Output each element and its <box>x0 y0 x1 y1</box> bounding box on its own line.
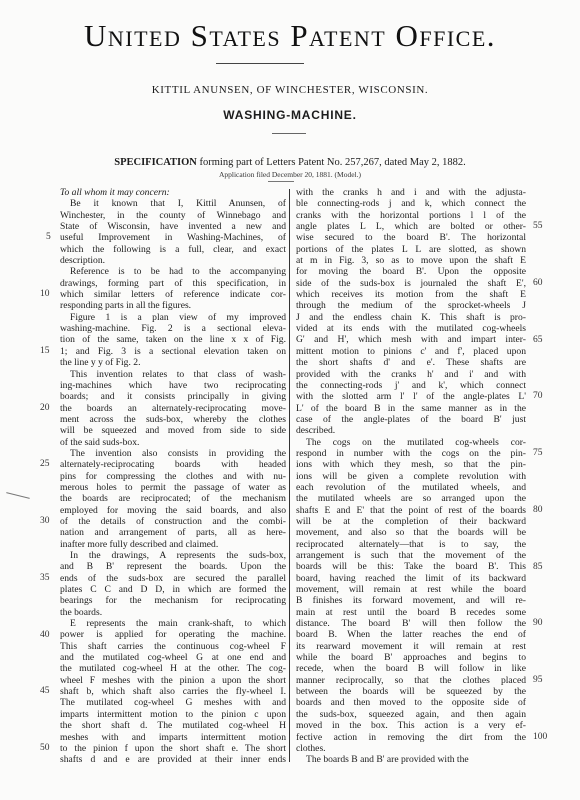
text-line: This shaft carries the continuous cog-wh… <box>60 641 286 652</box>
left-line-number: 5 <box>46 232 51 242</box>
text-line: description. <box>60 255 286 266</box>
text-line: will be at the completion of their backw… <box>296 516 526 527</box>
text-line: which similar letters of reference indic… <box>60 289 286 300</box>
text-line: nation and arrangement of parts, all as … <box>60 527 286 538</box>
text-line: ment across the suds-box, whereby the cl… <box>60 414 286 425</box>
text-line: boards and then moved to the opposite si… <box>296 697 526 708</box>
left-line-number: 15 <box>40 346 50 356</box>
text-line: vided at its ends with the mutilated cog… <box>296 323 526 334</box>
invention-rule <box>272 133 306 134</box>
text-line: In the drawings, A represents the suds-b… <box>60 550 286 561</box>
text-line: Be it known that I, Kittil Anunsen, of <box>60 198 286 209</box>
text-line: cranks with the horizontal portions l l … <box>296 210 526 221</box>
text-line: with the cranks h and i and with the adj… <box>296 187 526 198</box>
text-line: respond in number with the cogs on the p… <box>296 448 526 459</box>
text-line: meshes with and imparts intermittent mot… <box>60 732 286 743</box>
text-line: Winchester, in the county of Winnebago a… <box>60 210 286 221</box>
right-line-number: 100 <box>533 732 547 742</box>
text-line: the boards an alternately-reciprocating … <box>60 403 286 414</box>
text-line: imparts intermittent motion to the pinio… <box>60 709 286 720</box>
text-line: State of Wisconsin, have invented a new … <box>60 221 286 232</box>
text-line: boards; and it consists principally in g… <box>60 391 286 402</box>
text-line: moved in the box. This action is a very … <box>296 720 526 731</box>
text-line: while the board B' approaches and begins… <box>296 652 526 663</box>
right-line-number: 65 <box>533 335 543 345</box>
text-line: washing-machine. Fig. 2 is a sectional e… <box>60 323 286 334</box>
text-line: mittent motion to pinions c' and f', pla… <box>296 346 526 357</box>
text-line: between the boards will be squeezed by t… <box>296 686 526 697</box>
text-line: tion of the same, taken on the line x x … <box>60 334 286 345</box>
text-line: ble connecting-rods j and k, which conne… <box>296 198 526 209</box>
right-line-number: 70 <box>533 391 543 401</box>
text-line: Figure 1 is a plan view of my improved <box>60 312 286 323</box>
text-line: the suds-box, squeezed again, and then a… <box>296 709 526 720</box>
text-line: distance. The board B' will then follow … <box>296 618 526 629</box>
text-line: recede, when the board B will follow in … <box>296 663 526 674</box>
text-line: shaft b, which shaft also carries the fl… <box>60 686 286 697</box>
title-rule <box>216 63 304 64</box>
text-line: main at rest until the board B recedes s… <box>296 607 526 618</box>
specification-label: SPECIFICATION <box>114 157 197 168</box>
text-line: shafts E and E' that the point of rest o… <box>296 505 526 516</box>
text-line: will be squeezed and moved from side to … <box>60 425 286 436</box>
right-line-number: 75 <box>533 448 543 458</box>
application-line: Application filed December 20, 1881. (Mo… <box>0 170 580 179</box>
text-line: pins for compressing the clothes and wit… <box>60 471 286 482</box>
application-rule <box>268 181 294 182</box>
text-line: ing-machines which have two reciprocatin… <box>60 380 286 391</box>
text-line: through the medium of the sprocket-wheel… <box>296 300 526 311</box>
text-line: board, having reached the limit of its b… <box>296 573 526 584</box>
right-line-number: 60 <box>533 278 543 288</box>
text-line: L' of the board B in the same manner as … <box>296 403 526 414</box>
left-line-number: 10 <box>40 289 50 299</box>
text-line: power is applied for operating the machi… <box>60 629 286 640</box>
text-line: B finishes its forward movement, and wil… <box>296 595 526 606</box>
text-line: drawings, forming part of this specifica… <box>60 278 286 289</box>
right-line-number: 85 <box>533 562 543 572</box>
left-column: To all whom it may concern:Be it known t… <box>60 187 286 766</box>
text-line: inafter more fully described and claimed… <box>60 539 286 550</box>
text-line: shafts d and e are provided at their inn… <box>60 754 286 765</box>
text-line: the boards are reciprocated; of the mech… <box>60 493 286 504</box>
text-line: wise secured to the board B'. The horizo… <box>296 232 526 243</box>
text-line: board B. When the latter reaches the end… <box>296 629 526 640</box>
inventor-line: KITTIL ANUNSEN, OF WINCHESTER, WISCONSIN… <box>0 84 580 96</box>
left-line-number: 45 <box>40 686 50 696</box>
text-line: To all whom it may concern: <box>60 187 286 198</box>
text-line: arrangement is such that the movement of… <box>296 550 526 561</box>
text-line: Reference is to be had to the accompanyi… <box>60 266 286 277</box>
left-line-number: 35 <box>40 573 50 583</box>
text-line: movement, and also so that the boards wi… <box>296 527 526 538</box>
text-line: G' and H', which mesh with and impart in… <box>296 334 526 345</box>
text-line: fective action in removing the dirt from… <box>296 732 526 743</box>
left-line-number: 40 <box>40 630 50 640</box>
right-line-number: 90 <box>533 618 543 628</box>
text-line: ions with which they mesh, so that the p… <box>296 459 526 470</box>
text-line: manner reciprocally, so that the clothes… <box>296 675 526 686</box>
text-line: the line y y of Fig. 2. <box>60 357 286 368</box>
text-line: the mutilated cog-wheel H at the other. … <box>60 663 286 674</box>
text-line: The invention also consists in providing… <box>60 448 286 459</box>
text-line: which the following is a full, clear, an… <box>60 244 286 255</box>
text-line: wheel F meshes with the pinion a upon th… <box>60 675 286 686</box>
text-line: J and the endless chain K. This shaft is… <box>296 312 526 323</box>
left-line-number: 25 <box>40 459 50 469</box>
text-line: with the slotted arm l' l' of the angle-… <box>296 391 526 402</box>
text-line: the short shafts d' and e'. These shafts… <box>296 357 526 368</box>
text-line: for moving the board B'. Upon the opposi… <box>296 266 526 277</box>
left-line-number: 30 <box>40 516 50 526</box>
text-line: angle plates L L, which are bolted or ot… <box>296 221 526 232</box>
scan-mark <box>6 492 30 499</box>
text-line: provided with the cranks h' and i' and w… <box>296 369 526 380</box>
text-line: at m in Fig. 3, so as to move upon the s… <box>296 255 526 266</box>
text-line: 1; and Fig. 3 is a sectional elevation t… <box>60 346 286 357</box>
text-line: reciprocated alternately—that is to say,… <box>296 539 526 550</box>
text-line: E represents the main crank-shaft, to wh… <box>60 618 286 629</box>
text-line: bearings for the mechanism for reciproca… <box>60 595 286 606</box>
text-line: The cogs on the mutilated cog-wheels cor… <box>296 437 526 448</box>
text-line: each revolution of the mutilated wheels,… <box>296 482 526 493</box>
right-column: with the cranks h and i and with the adj… <box>296 187 526 766</box>
text-line: the mutilated wheels are so arranged upo… <box>296 493 526 504</box>
right-line-number: 80 <box>533 505 543 515</box>
text-line: ions will be given a complete revolution… <box>296 471 526 482</box>
text-line: which receives its motion from the shaft… <box>296 289 526 300</box>
text-line: responding parts in all the figures. <box>60 300 286 311</box>
text-line: This invention relates to that class of … <box>60 369 286 380</box>
text-line: the boards. <box>60 607 286 618</box>
text-line: and B B' represent the boards. Upon the <box>60 561 286 572</box>
invention-title: WASHING-MACHINE. <box>0 108 580 122</box>
text-line: The boards B and B' are provided with th… <box>296 754 526 765</box>
specification-text: forming part of Letters Patent No. 257,2… <box>200 157 466 168</box>
text-line: the connecting-rods j' and k', which con… <box>296 380 526 391</box>
right-line-number: 95 <box>533 675 543 685</box>
text-line: The mutilated cog-wheel G meshes with an… <box>60 697 286 708</box>
text-line: movement, will remain at rest while the … <box>296 584 526 595</box>
office-title: United States Patent Office. <box>0 18 580 54</box>
left-line-number: 50 <box>40 743 50 753</box>
text-line: side of the suds-box is journaled the sh… <box>296 278 526 289</box>
text-line: useful Improvement in Washing-Machines, … <box>60 232 286 243</box>
text-line: of the said suds-box. <box>60 437 286 448</box>
text-line: clothes. <box>296 743 526 754</box>
left-line-number: 20 <box>40 403 50 413</box>
text-line: alternately-reciprocating boards with he… <box>60 459 286 470</box>
text-line: described. <box>296 425 526 436</box>
text-line: of the details of construction and the c… <box>60 516 286 527</box>
text-line: employed for moving the said boards, and… <box>60 505 286 516</box>
text-line: plates C C and D D, in which are formed … <box>60 584 286 595</box>
text-line: boards will be this: Take the board B'. … <box>296 561 526 572</box>
text-line: to the pinion f upon the short shaft e. … <box>60 743 286 754</box>
right-line-number: 55 <box>533 221 543 231</box>
column-divider <box>289 189 290 762</box>
text-line: portions of the plates L L are slotted, … <box>296 244 526 255</box>
text-line: the short shaft d. The mutilated cog-whe… <box>60 720 286 731</box>
text-line: and the mutilated cog-wheel G at one end… <box>60 652 286 663</box>
text-line: its rearward movement it will remain at … <box>296 641 526 652</box>
specification-line: SPECIFICATION forming part of Letters Pa… <box>0 157 580 168</box>
text-line: ends of the suds-box are secured the par… <box>60 573 286 584</box>
text-line: case of the angle-plates of the board B'… <box>296 414 526 425</box>
text-line: merous holes to permit the passage of wa… <box>60 482 286 493</box>
